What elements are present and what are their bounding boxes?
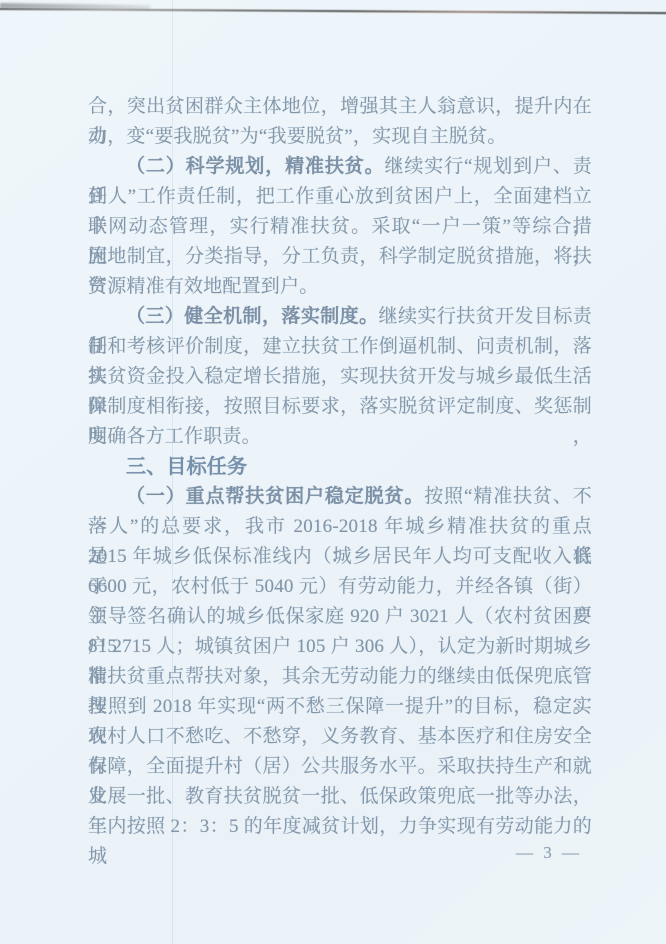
document-line: 发展一批、教育扶贫脱贫一批、低保政策兜底一批等办法，三 — [88, 782, 592, 812]
document-line: 2015 年城乡低保标准线内（城乡居民年人均可支配收入低于 — [88, 542, 592, 572]
document-line: 合，突出贫困群众主体地位，增强其主人翁意识，提升内在动 — [88, 92, 592, 122]
document-line: （一）重点帮扶贫困户稳定脱贫。按照“精准扶贫、不落 — [88, 482, 592, 512]
document-line: 6600 元，农村低于 5040 元）有劳动能力，并经各镇（街）主要 — [88, 572, 592, 602]
document-line: 领导签名确认的城乡低保家庭 920 户 3021 人（农村贫困户 815 — [88, 602, 592, 632]
document-line: 准扶贫重点帮扶对象，其余无劳动能力的继续由低保兜底管理。 — [88, 662, 592, 692]
document-line: 扶贫资金投入稳定增长措施，实现扶贫开发与城乡最低生活保 — [88, 362, 592, 392]
paragraph-lead: （一）重点帮扶贫困户稳定脱贫。 — [126, 486, 424, 507]
document-line: 制和考核评价制度，建立扶贫工作倒逼机制、问责机制，落实 — [88, 332, 592, 362]
page-number: — 3 — — [516, 838, 582, 868]
document-line: 农村人口不愁吃、不愁穿，义务教育、基本医疗和住房安全有 — [88, 722, 592, 752]
document-line: （三）健全机制，落实制度。继续实行扶贫开发目标责任 — [88, 302, 592, 332]
document-line: 资源精准有效地配置到户。 — [88, 272, 592, 302]
document-body: 合，突出贫困群众主体地位，增强其主人翁意识，提升内在动力，变“要我脱贫”为“我要… — [88, 92, 592, 842]
document-line: 按照到 2018 年实现“两不愁三保障一提升”的目标，稳定实现 — [88, 692, 592, 722]
document-line: 联网动态管理，实行精准扶贫。采取“一户一策”等综合措施， — [88, 212, 592, 242]
section-heading: 三、目标任务 — [88, 452, 592, 482]
document-line: 保障，全面提升村（居）公共服务水平。采取扶持生产和就业 — [88, 752, 592, 782]
document-line: 到人”工作责任制，把工作重心放到贫困户上，全面建档立卡， — [88, 182, 592, 212]
document-line: 因地制宜，分类指导，分工负责，科学制定脱贫措施，将扶贫 — [88, 242, 592, 272]
document-line: 户 2715 人；城镇贫困户 105 户 306 人），认定为新时期城乡精 — [88, 632, 592, 662]
document-line: 力，变“要我脱贫”为“我要脱贫”，实现自主脱贫。 — [88, 122, 592, 152]
document-line: 一人”的总要求，我市 2016-2018 年城乡精准扶贫的重点是：将 — [88, 512, 592, 542]
document-line: 障制度相衔接，按照目标要求，落实脱贫评定制度、奖惩制度， — [88, 392, 592, 422]
document-line: （二）科学规划，精准扶贫。继续实行“规划到户、责任 — [88, 152, 592, 182]
paragraph-lead: （二）科学规划，精准扶贫。 — [126, 156, 385, 177]
paragraph-lead: （三）健全机制，落实制度。 — [126, 306, 379, 327]
